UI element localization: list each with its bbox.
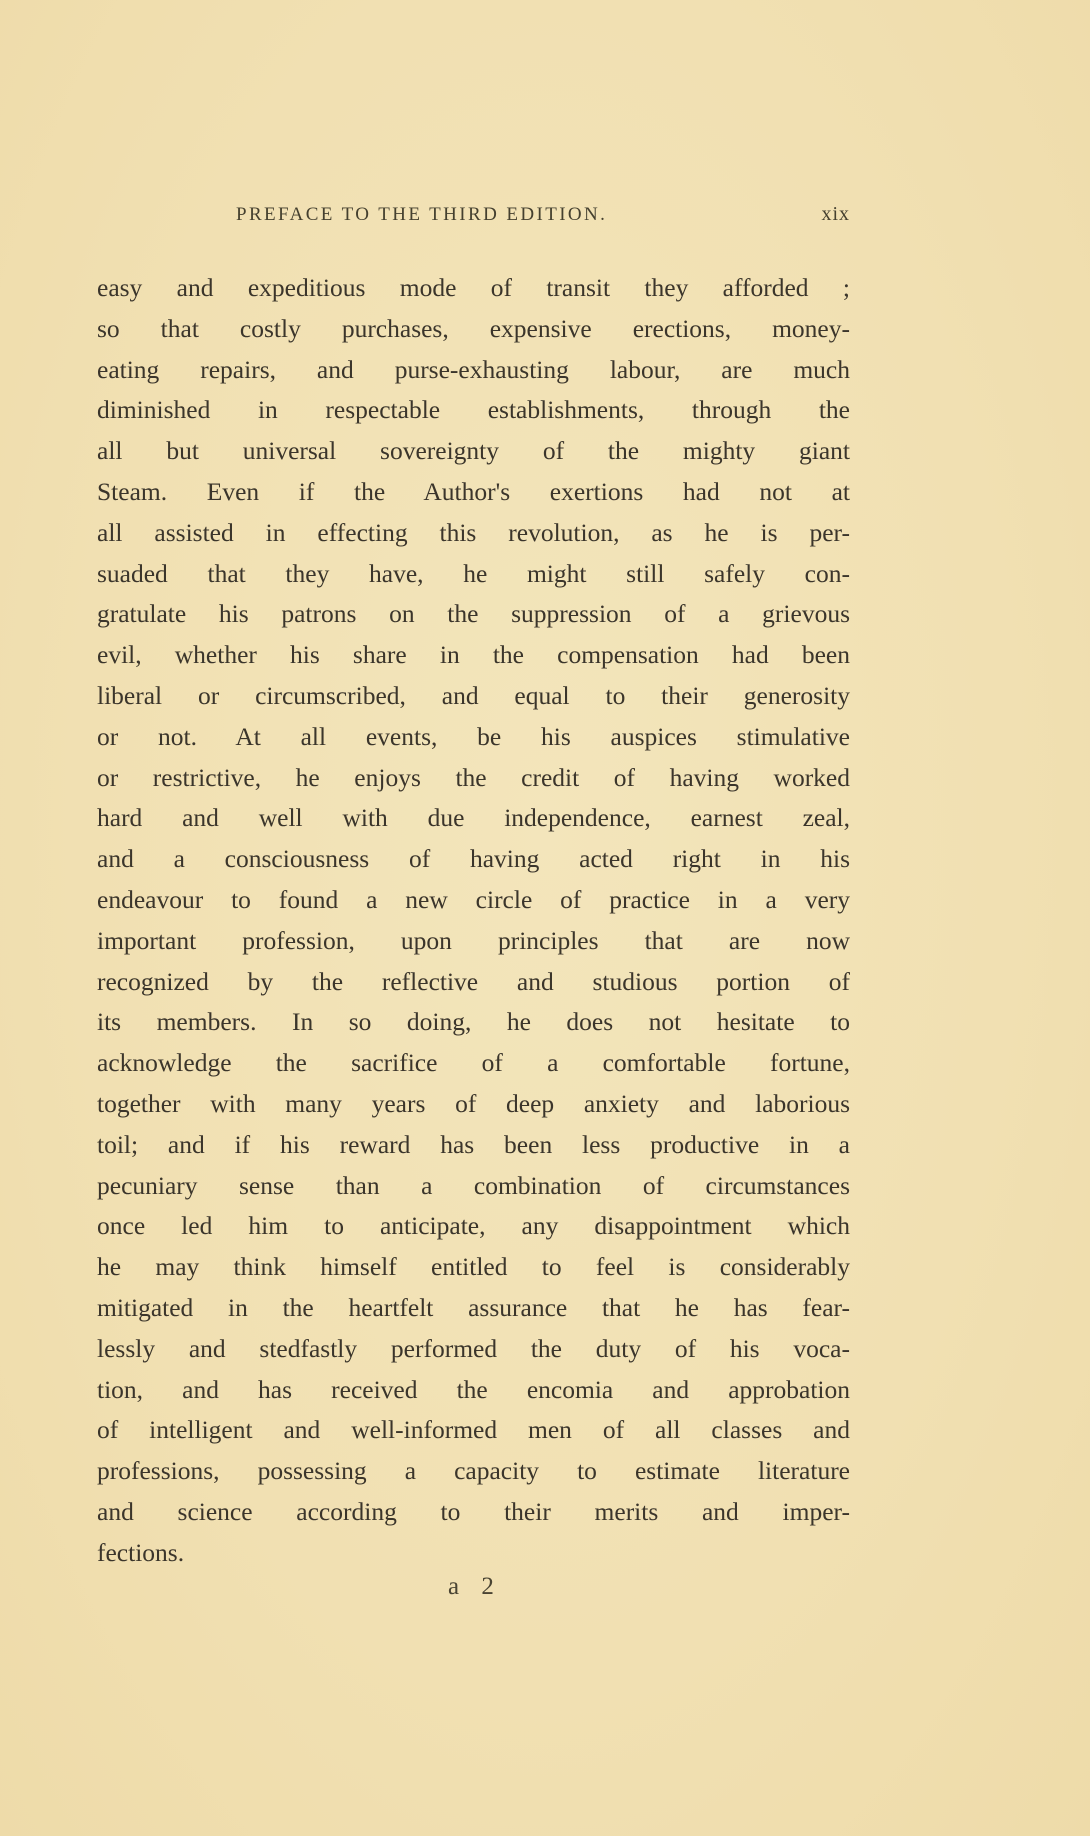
text-line: diminished in respectable establishments… — [97, 390, 850, 431]
text-line: suaded that they have, he might still sa… — [97, 554, 850, 595]
text-line: easy and expeditious mode of transit the… — [97, 268, 850, 309]
text-line: gratulate his patrons on the suppression… — [97, 594, 850, 635]
text-line: its members. In so doing, he does not he… — [97, 1002, 850, 1043]
signature-mark: a 2 — [448, 1573, 502, 1601]
text-line: liberal or circumscribed, and equal to t… — [97, 676, 850, 717]
text-line-last: fections. — [97, 1533, 850, 1574]
text-line: evil, whether his share in the compensat… — [97, 635, 850, 676]
text-line: eating repairs, and purse-exhausting lab… — [97, 350, 850, 391]
text-line: of intelligent and well-informed men of … — [97, 1410, 850, 1451]
text-line: and science according to their merits an… — [97, 1492, 850, 1533]
text-line: hard and well with due independence, ear… — [97, 798, 850, 839]
text-line: endeavour to found a new circle of pract… — [97, 880, 850, 921]
text-line: professions, possessing a capacity to es… — [97, 1451, 850, 1492]
text-line: all assisted in effecting this revolutio… — [97, 513, 850, 554]
book-page: PREFACE TO THE THIRD EDITION. xix easy a… — [0, 0, 1090, 1836]
text-line: acknowledge the sacrifice of a comfortab… — [97, 1043, 850, 1084]
text-line: lessly and stedfastly performed the duty… — [97, 1329, 850, 1370]
text-line: once led him to anticipate, any disappoi… — [97, 1206, 850, 1247]
text-line: he may think himself entitled to feel is… — [97, 1247, 850, 1288]
text-line: mitigated in the heartfelt assurance tha… — [97, 1288, 850, 1329]
body-text: easy and expeditious mode of transit the… — [97, 268, 850, 1574]
page-number: xix — [821, 203, 850, 226]
text-line: or not. At all events, be his auspices s… — [97, 717, 850, 758]
running-title: PREFACE TO THE THIRD EDITION. — [236, 204, 607, 226]
text-line: tion, and has received the encomia and a… — [97, 1370, 850, 1411]
text-line: so that costly purchases, expensive erec… — [97, 309, 850, 350]
text-line: recognized by the reflective and studiou… — [97, 962, 850, 1003]
text-line: or restrictive, he enjoys the credit of … — [97, 758, 850, 799]
text-line: together with many years of deep anxiety… — [97, 1084, 850, 1125]
text-line: all but universal sovereignty of the mig… — [97, 431, 850, 472]
text-line: and a consciousness of having acted righ… — [97, 839, 850, 880]
text-line: important profession, upon principles th… — [97, 921, 850, 962]
running-head: PREFACE TO THE THIRD EDITION. xix — [236, 203, 850, 231]
text-line: Steam. Even if the Author's exertions ha… — [97, 472, 850, 513]
text-line: pecuniary sense than a combination of ci… — [97, 1166, 850, 1207]
text-line: toil; and if his reward has been less pr… — [97, 1125, 850, 1166]
